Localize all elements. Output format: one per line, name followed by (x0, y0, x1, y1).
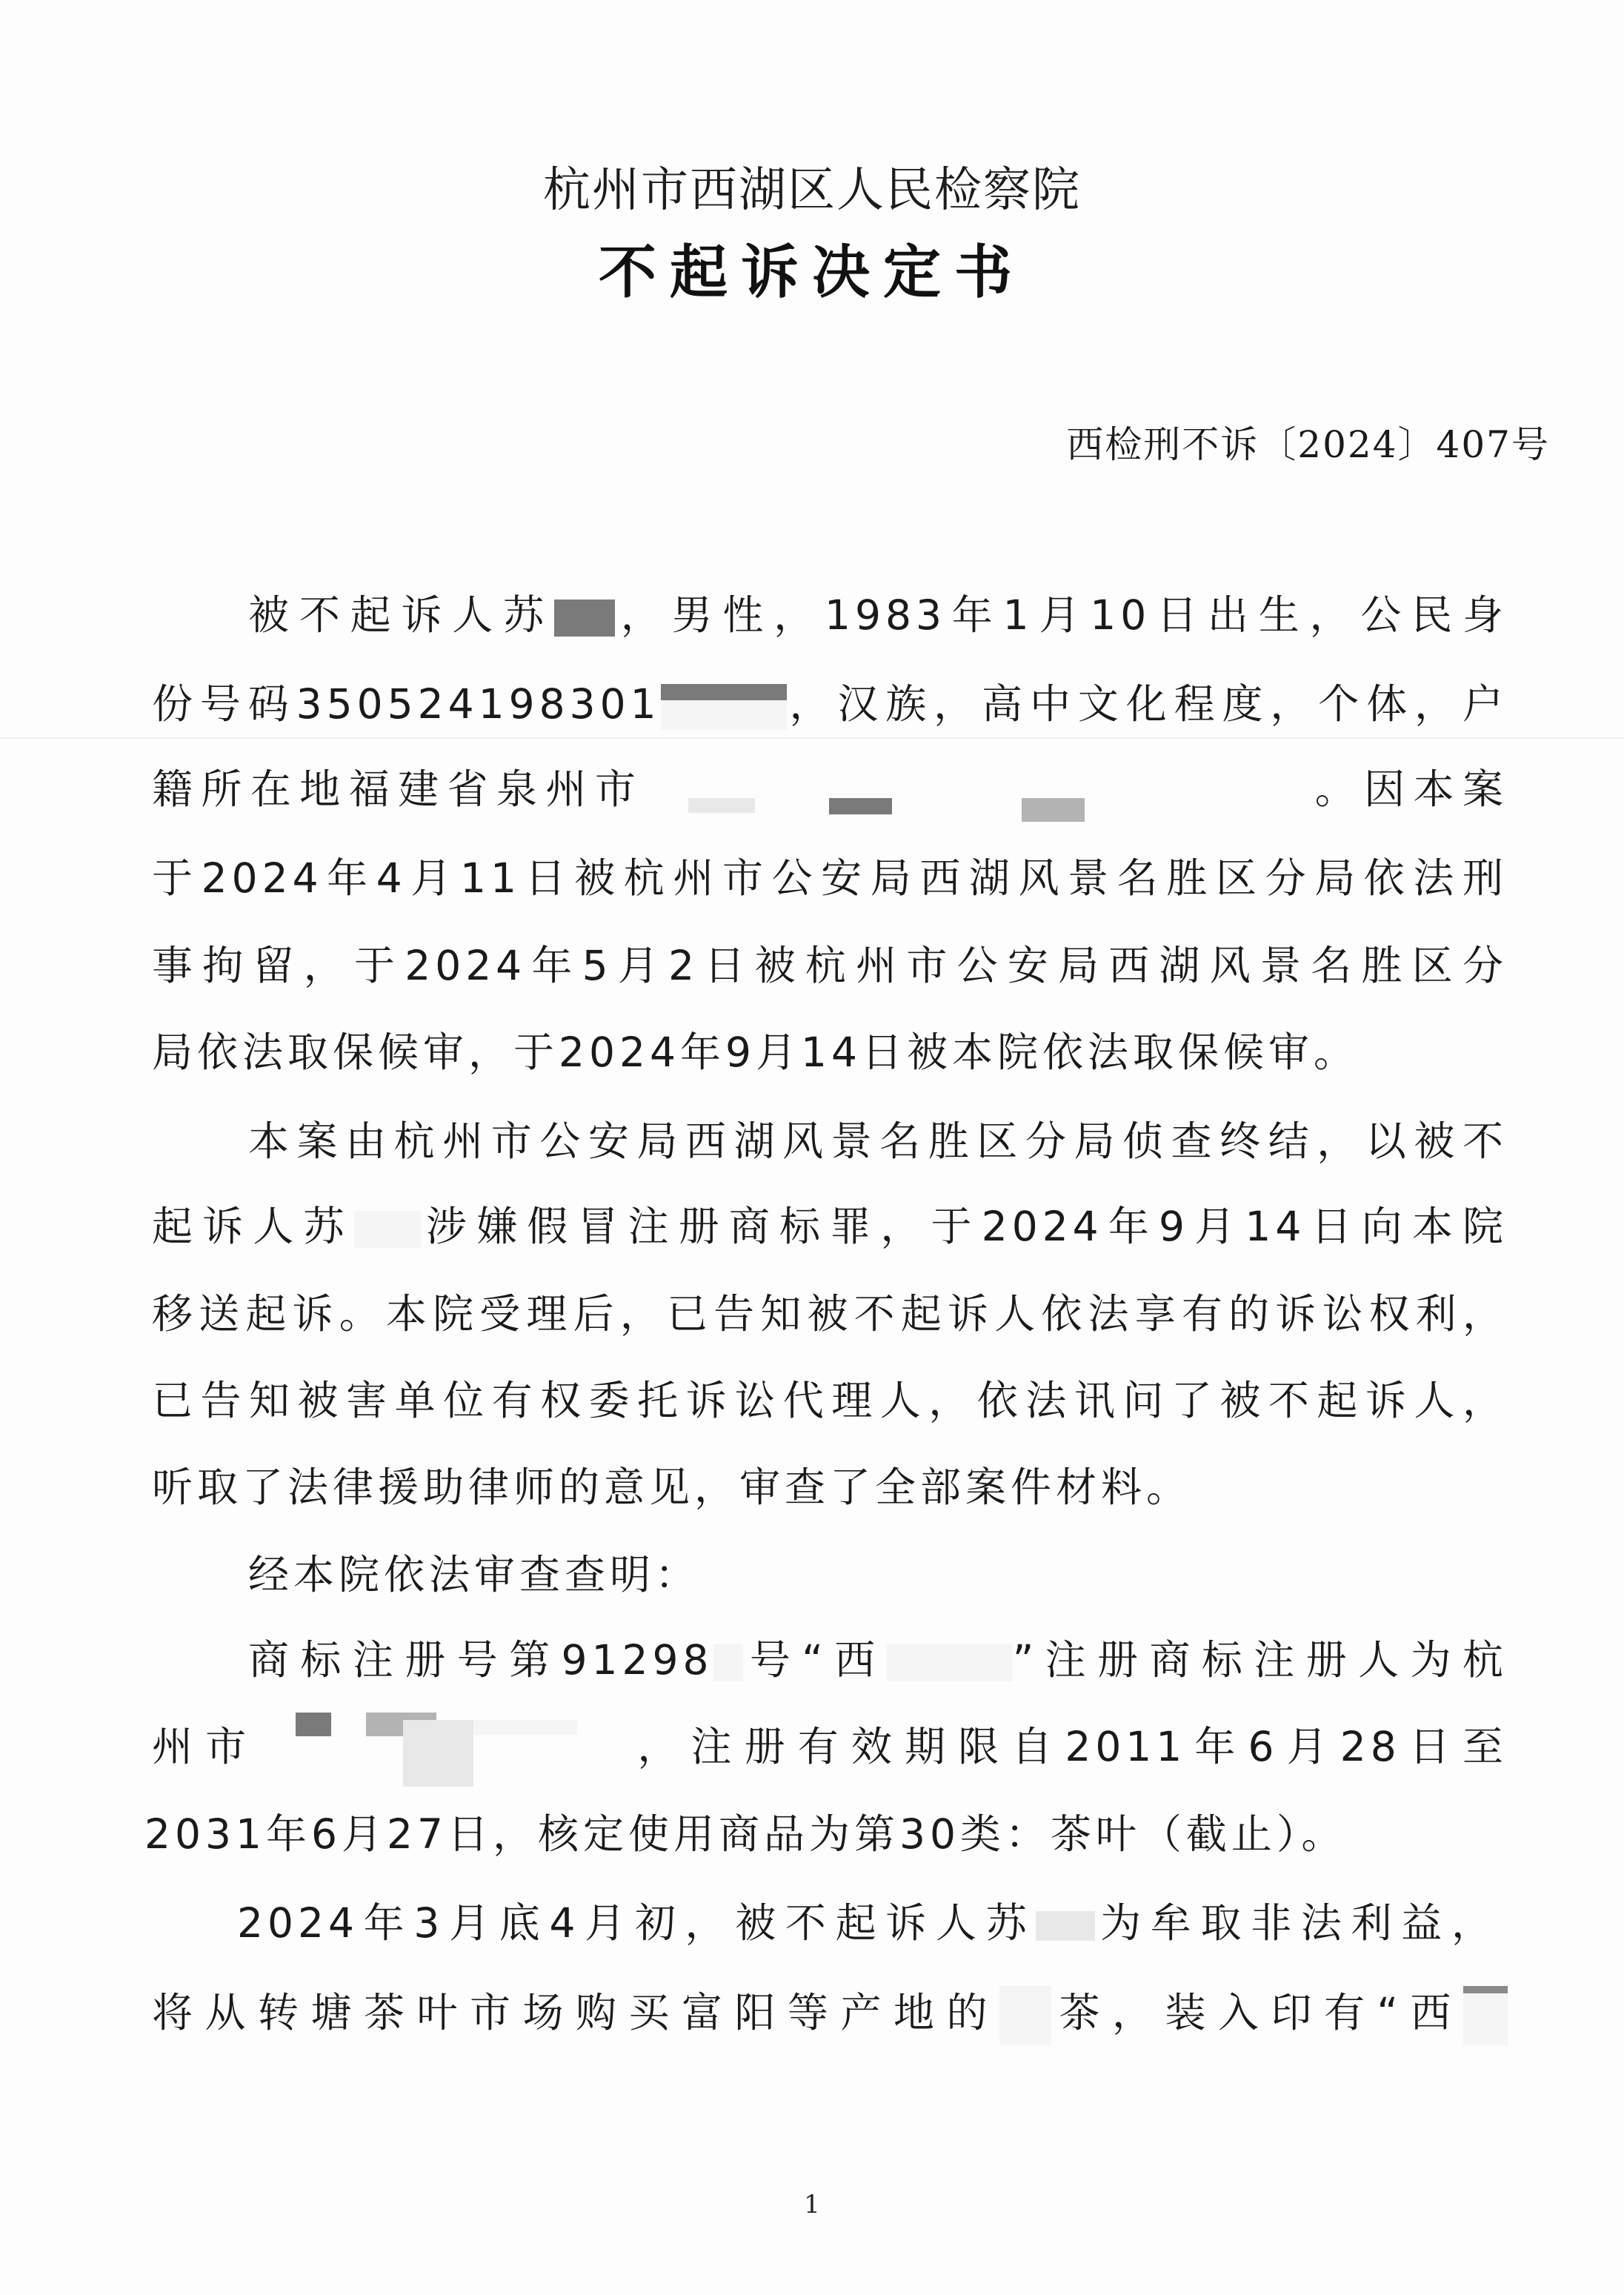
paragraph-4-line-1: 商标注册号第91298号“西”注册商标注册人为杭 (248, 1634, 1508, 1686)
redaction-block (354, 1211, 421, 1248)
redaction-block (1463, 1986, 1508, 2045)
paragraph-1-line-5: 事拘留，于2024年5月2日被杭州市公安局西湖风景名胜区分 (152, 940, 1508, 992)
redaction-block (554, 600, 615, 637)
text-fragment: 涉嫌假冒注册商标罪，于2024年9月14日向本院 (421, 1203, 1508, 1250)
paragraph-2-line-3: 移送起诉。本院受理后，已告知被不起诉人依法享有的诉讼权利， (152, 1288, 1508, 1340)
paragraph-2-line-4: 已告知被害单位有权委托诉讼代理人，依法讯问了被不起诉人， (152, 1375, 1508, 1427)
paragraph-4-line-2: 州市，注册有效期限自2011年6月28日至 (152, 1721, 1508, 1773)
text-fragment: 茶，装入印有“西 (1051, 1989, 1463, 2036)
paragraph-2-line-5: 听取了法律援助律师的意见，审查了全部案件材料。 (152, 1461, 1508, 1513)
text-fragment: 被不起诉人苏 (248, 591, 554, 639)
text-fragment: 号“西 (743, 1636, 887, 1684)
text-fragment: 起诉人苏 (152, 1203, 354, 1250)
text-fragment: ，男性，1983年1月10日出生，公民身 (615, 591, 1508, 639)
redaction-block (999, 1986, 1051, 2045)
paragraph-1-line-1: 被不起诉人苏，男性，1983年1月10日出生，公民身 (248, 589, 1508, 641)
redaction-block (1036, 1911, 1095, 1941)
text-fragment: 将从转塘茶叶市场购买富阳等产地的 (152, 1989, 999, 2036)
text-fragment: 州市 (152, 1723, 259, 1770)
paragraph-4-line-3: 2031年6月27日，核定使用商品为第30类：茶叶（截止）。 (144, 1808, 1500, 1860)
organization-title: 杭州市西湖区人民检察院 (0, 152, 1624, 220)
document-number: 西检刑不诉〔2024〕407号 (1066, 415, 1550, 468)
paragraph-2-line-1: 本案由杭州市公安局西湖风景名胜区分局侦查终结，以被不 (248, 1115, 1508, 1167)
paragraph-5-line-2: 将从转塘茶叶市场购买富阳等产地的茶，装入印有“西 (152, 1986, 1508, 2038)
paragraph-1-line-6: 局依法取保候审，于2024年9月14日被本院依法取保候审。 (152, 1026, 1508, 1078)
redaction-block (713, 1644, 743, 1681)
redaction-block (887, 1644, 1013, 1681)
document-page: 杭州市西湖区人民检察院 不起诉决定书 西检刑不诉〔2024〕407号 被不起诉人… (0, 0, 1624, 2295)
text-fragment: 籍所在地福建省泉州市 (152, 765, 644, 813)
text-fragment: 。因本案 (1311, 765, 1508, 813)
redaction-block (661, 684, 787, 730)
scan-artifact-line (0, 737, 1624, 739)
paragraph-2-line-2: 起诉人苏涉嫌假冒注册商标罪，于2024年9月14日向本院 (152, 1200, 1508, 1252)
paragraph-1-line-4: 于2024年4月11日被杭州市公安局西湖风景名胜区分局依法刑 (152, 852, 1508, 904)
text-fragment: ，注册有效期限自2011年6月28日至 (629, 1723, 1508, 1770)
text-fragment: 2024年3月底4月初，被不起诉人苏 (237, 1899, 1036, 1947)
page-number: 1 (0, 2190, 1624, 2219)
paragraph-3-line-1: 经本院依法审查查明： (248, 1549, 1508, 1601)
text-fragment: 商标注册号第91298 (248, 1636, 713, 1684)
document-title: 不起诉决定书 (0, 226, 1624, 309)
text-fragment: 份号码350524198301 (152, 680, 661, 728)
text-fragment: ”注册商标注册人为杭 (1013, 1636, 1508, 1684)
text-fragment: 为牟取非法利益， (1095, 1899, 1497, 1947)
paragraph-5-line-1: 2024年3月底4月初，被不起诉人苏为牟取非法利益， (237, 1897, 1497, 1949)
redaction-region (644, 770, 1311, 814)
redaction-region (259, 1727, 629, 1772)
paragraph-1-line-3: 籍所在地福建省泉州市。因本案 (152, 763, 1508, 815)
text-fragment: ，汉族，高中文化程度，个体，户 (787, 680, 1508, 728)
paragraph-1-line-2: 份号码350524198301，汉族，高中文化程度，个体，户 (152, 678, 1508, 730)
